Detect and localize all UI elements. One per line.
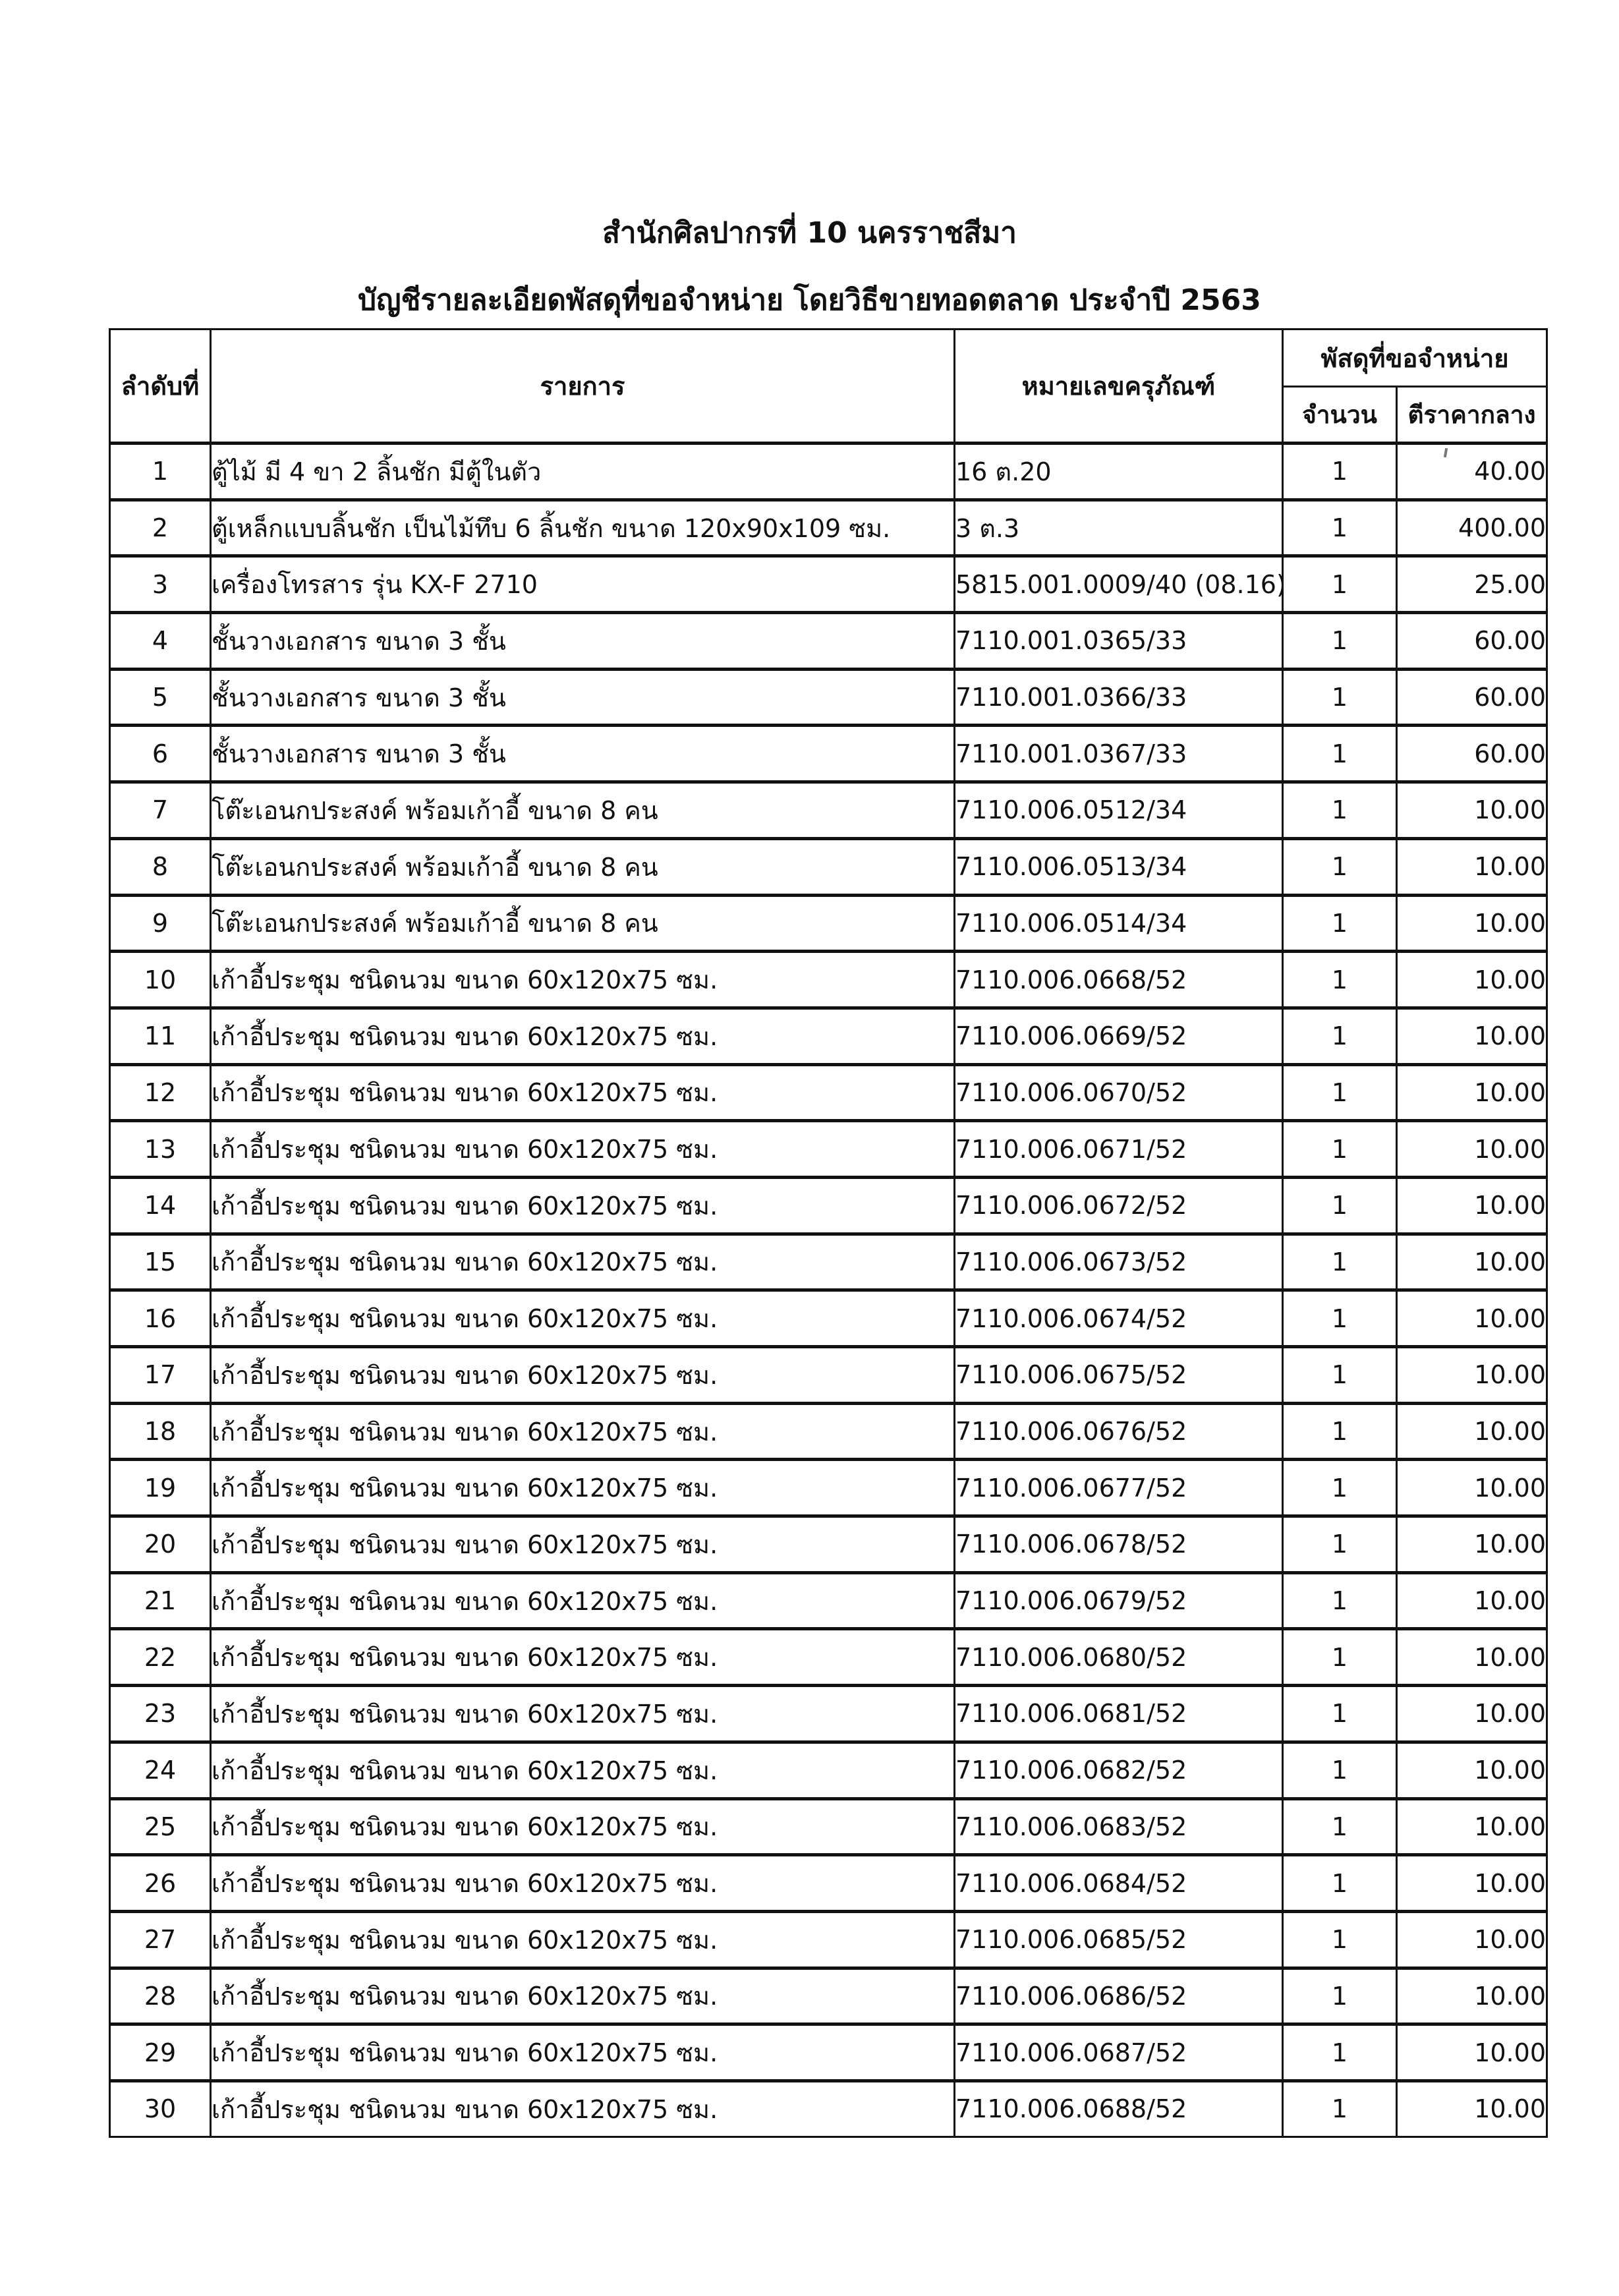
- document-title-office: สำนักศิลปากรที่ 10 นครราชสีมา: [0, 210, 1619, 256]
- table-row: 5ชั้นวางเอกสาร ขนาด 3 ชั้น7110.001.0366/…: [110, 669, 1547, 726]
- reference-price: 10.00: [1397, 1798, 1547, 1855]
- item-description: ชั้นวางเอกสาร ขนาด 3 ชั้น: [211, 726, 955, 782]
- table-row: 16เก้าอี้ประชุม ชนิดนวม ขนาด 60x120x75 ซ…: [110, 1290, 1547, 1347]
- item-description: เก้าอี้ประชุม ชนิดนวม ขนาด 60x120x75 ซม.: [211, 1629, 955, 1686]
- table-row: 2ตู้เหล็กแบบลิ้นชัก เป็นไม้ทึบ 6 ลิ้นชัก…: [110, 500, 1547, 556]
- asset-code: 7110.006.0513/34: [955, 838, 1283, 895]
- quantity: 1: [1283, 838, 1397, 895]
- reference-price: 60.00: [1397, 613, 1547, 670]
- table-row: 4ชั้นวางเอกสาร ขนาด 3 ชั้น7110.001.0365/…: [110, 613, 1547, 670]
- quantity: 1: [1283, 1911, 1397, 1968]
- item-description: เก้าอี้ประชุม ชนิดนวม ขนาด 60x120x75 ซม.: [211, 1234, 955, 1290]
- row-number: 22: [110, 1629, 211, 1686]
- item-description: เก้าอี้ประชุม ชนิดนวม ขนาด 60x120x75 ซม.: [211, 952, 955, 1008]
- row-number: 11: [110, 1008, 211, 1064]
- reference-price: 10.00: [1397, 838, 1547, 895]
- asset-code: 7110.006.0670/52: [955, 1064, 1283, 1121]
- row-number: 2: [110, 500, 211, 556]
- row-number: 9: [110, 895, 211, 952]
- table-row: 18เก้าอี้ประชุม ชนิดนวม ขนาด 60x120x75 ซ…: [110, 1403, 1547, 1460]
- reference-price: 10.00: [1397, 1403, 1547, 1460]
- item-description: เก้าอี้ประชุม ชนิดนวม ขนาด 60x120x75 ซม.: [211, 1347, 955, 1404]
- table-row: 8โต๊ะเอนกประสงค์ พร้อมเก้าอี้ ขนาด 8 คน7…: [110, 838, 1547, 895]
- asset-code: 7110.006.0682/52: [955, 1742, 1283, 1798]
- table-row: 24เก้าอี้ประชุม ชนิดนวม ขนาด 60x120x75 ซ…: [110, 1742, 1547, 1798]
- quantity: 1: [1283, 2081, 1397, 2137]
- asset-code: 7110.006.0512/34: [955, 782, 1283, 839]
- row-number: 14: [110, 1177, 211, 1234]
- quantity: 1: [1283, 1516, 1397, 1573]
- item-description: เก้าอี้ประชุม ชนิดนวม ขนาด 60x120x75 ซม.: [211, 1516, 955, 1573]
- quantity: 1: [1283, 444, 1397, 500]
- table-row: 9โต๊ะเอนกประสงค์ พร้อมเก้าอี้ ขนาด 8 คน7…: [110, 895, 1547, 952]
- asset-code: 7110.006.0679/52: [955, 1572, 1283, 1629]
- reference-price: 10.00: [1397, 1629, 1547, 1686]
- item-description: เก้าอี้ประชุม ชนิดนวม ขนาด 60x120x75 ซม.: [211, 1121, 955, 1178]
- disposal-items-table: ลำดับที่ รายการ หมายเลขครุภัณฑ์ พัสดุที่…: [109, 328, 1548, 2138]
- row-number: 4: [110, 613, 211, 670]
- item-description: เก้าอี้ประชุม ชนิดนวม ขนาด 60x120x75 ซม.: [211, 1008, 955, 1064]
- table-row: 19เก้าอี้ประชุม ชนิดนวม ขนาด 60x120x75 ซ…: [110, 1460, 1547, 1516]
- reference-price: 10.00: [1397, 1516, 1547, 1573]
- asset-code: 7110.006.0675/52: [955, 1347, 1283, 1404]
- quantity: 1: [1283, 1347, 1397, 1404]
- quantity: 1: [1283, 1177, 1397, 1234]
- table-row: 20เก้าอี้ประชุม ชนิดนวม ขนาด 60x120x75 ซ…: [110, 1516, 1547, 1573]
- item-description: เก้าอี้ประชุม ชนิดนวม ขนาด 60x120x75 ซม.: [211, 2024, 955, 2081]
- reference-price: 60.00: [1397, 669, 1547, 726]
- row-number: 28: [110, 1968, 211, 2024]
- table-row: 14เก้าอี้ประชุม ชนิดนวม ขนาด 60x120x75 ซ…: [110, 1177, 1547, 1234]
- item-description: เก้าอี้ประชุม ชนิดนวม ขนาด 60x120x75 ซม.: [211, 1911, 955, 1968]
- row-number: 16: [110, 1290, 211, 1347]
- table-row: 10เก้าอี้ประชุม ชนิดนวม ขนาด 60x120x75 ซ…: [110, 952, 1547, 1008]
- row-number: 29: [110, 2024, 211, 2081]
- item-description: ตู้ไม้ มี 4 ขา 2 ลิ้นชัก มีตู้ในตัว: [211, 444, 955, 500]
- item-description: เครื่องโทรสาร รุ่น KX-F 2710: [211, 556, 955, 613]
- reference-price: 25.00: [1397, 556, 1547, 613]
- item-description: เก้าอี้ประชุม ชนิดนวม ขนาด 60x120x75 ซม.: [211, 1064, 955, 1121]
- row-number: 25: [110, 1798, 211, 1855]
- asset-code: 7110.006.0671/52: [955, 1121, 1283, 1178]
- asset-code: 7110.006.0684/52: [955, 1855, 1283, 1912]
- reference-price: 10.00: [1397, 1234, 1547, 1290]
- table-row: 22เก้าอี้ประชุม ชนิดนวม ขนาด 60x120x75 ซ…: [110, 1629, 1547, 1686]
- row-number: 3: [110, 556, 211, 613]
- quantity: 1: [1283, 1572, 1397, 1629]
- quantity: 1: [1283, 1742, 1397, 1798]
- item-description: เก้าอี้ประชุม ชนิดนวม ขนาด 60x120x75 ซม.: [211, 1798, 955, 1855]
- table-row: 23เก้าอี้ประชุม ชนิดนวม ขนาด 60x120x75 ซ…: [110, 1686, 1547, 1742]
- asset-code: 7110.006.0688/52: [955, 2081, 1283, 2137]
- quantity: 1: [1283, 556, 1397, 613]
- row-number: 6: [110, 726, 211, 782]
- item-description: เก้าอี้ประชุม ชนิดนวม ขนาด 60x120x75 ซม.: [211, 1290, 955, 1347]
- table-row: 6ชั้นวางเอกสาร ขนาด 3 ชั้น7110.001.0367/…: [110, 726, 1547, 782]
- row-number: 23: [110, 1686, 211, 1742]
- row-number: 26: [110, 1855, 211, 1912]
- table-row: 27เก้าอี้ประชุม ชนิดนวม ขนาด 60x120x75 ซ…: [110, 1911, 1547, 1968]
- reference-price: 400.00: [1397, 500, 1547, 556]
- header-reference-price: ตีราคากลาง: [1397, 387, 1547, 444]
- item-description: เก้าอี้ประชุม ชนิดนวม ขนาด 60x120x75 ซม.: [211, 1742, 955, 1798]
- asset-code: 7110.001.0367/33: [955, 726, 1283, 782]
- table-row: 13เก้าอี้ประชุม ชนิดนวม ขนาด 60x120x75 ซ…: [110, 1121, 1547, 1178]
- quantity: 1: [1283, 782, 1397, 839]
- row-number: 1: [110, 444, 211, 500]
- quantity: 1: [1283, 1629, 1397, 1686]
- reference-price: 10.00: [1397, 952, 1547, 1008]
- asset-code: 7110.006.0680/52: [955, 1629, 1283, 1686]
- quantity: 1: [1283, 1798, 1397, 1855]
- item-description: เก้าอี้ประชุม ชนิดนวม ขนาด 60x120x75 ซม.: [211, 1177, 955, 1234]
- reference-price: 10.00: [1397, 1064, 1547, 1121]
- asset-code: 7110.006.0681/52: [955, 1686, 1283, 1742]
- header-asset-code: หมายเลขครุภัณฑ์: [955, 330, 1283, 444]
- row-number: 19: [110, 1460, 211, 1516]
- asset-code: 7110.001.0365/33: [955, 613, 1283, 670]
- quantity: 1: [1283, 1064, 1397, 1121]
- quantity: 1: [1283, 1234, 1397, 1290]
- row-number: 17: [110, 1347, 211, 1404]
- quantity: 1: [1283, 1290, 1397, 1347]
- table-row: 26เก้าอี้ประชุม ชนิดนวม ขนาด 60x120x75 ซ…: [110, 1855, 1547, 1912]
- asset-code: 7110.006.0678/52: [955, 1516, 1283, 1573]
- row-number: 27: [110, 1911, 211, 1968]
- asset-code: 7110.006.0676/52: [955, 1403, 1283, 1460]
- quantity: 1: [1283, 726, 1397, 782]
- quantity: 1: [1283, 952, 1397, 1008]
- asset-code: 7110.006.0674/52: [955, 1290, 1283, 1347]
- table-row: 28เก้าอี้ประชุม ชนิดนวม ขนาด 60x120x75 ซ…: [110, 1968, 1547, 2024]
- reference-price: 10.00: [1397, 1911, 1547, 1968]
- asset-code: 3 ต.3: [955, 500, 1283, 556]
- asset-code: 7110.006.0672/52: [955, 1177, 1283, 1234]
- quantity: 1: [1283, 613, 1397, 670]
- reference-price: 60.00: [1397, 726, 1547, 782]
- row-number: 20: [110, 1516, 211, 1573]
- item-description: ชั้นวางเอกสาร ขนาด 3 ชั้น: [211, 613, 955, 670]
- reference-price: 10.00: [1397, 1008, 1547, 1064]
- table-row: 29เก้าอี้ประชุม ชนิดนวม ขนาด 60x120x75 ซ…: [110, 2024, 1547, 2081]
- table-row: 25เก้าอี้ประชุม ชนิดนวม ขนาด 60x120x75 ซ…: [110, 1798, 1547, 1855]
- table-row: 30เก้าอี้ประชุม ชนิดนวม ขนาด 60x120x75 ซ…: [110, 2081, 1547, 2137]
- row-number: 8: [110, 838, 211, 895]
- row-number: 5: [110, 669, 211, 726]
- quantity: 1: [1283, 1460, 1397, 1516]
- reference-price: 10.00: [1397, 1121, 1547, 1178]
- row-number: 7: [110, 782, 211, 839]
- quantity: 1: [1283, 669, 1397, 726]
- reference-price: 10.00: [1397, 1968, 1547, 2024]
- table-row: 11เก้าอี้ประชุม ชนิดนวม ขนาด 60x120x75 ซ…: [110, 1008, 1547, 1064]
- row-number: 10: [110, 952, 211, 1008]
- table-row: 3เครื่องโทรสาร รุ่น KX-F 27105815.001.00…: [110, 556, 1547, 613]
- item-description: เก้าอี้ประชุม ชนิดนวม ขนาด 60x120x75 ซม.: [211, 1855, 955, 1912]
- reference-price: 10.00: [1397, 2081, 1547, 2137]
- reference-price: 10.00: [1397, 1572, 1547, 1629]
- document-title-list: บัญชีรายละเอียดพัสดุที่ขอจำหน่าย โดยวิธี…: [0, 277, 1619, 323]
- table-row: 17เก้าอี้ประชุม ชนิดนวม ขนาด 60x120x75 ซ…: [110, 1347, 1547, 1404]
- asset-code: 7110.001.0366/33: [955, 669, 1283, 726]
- asset-code: 7110.006.0686/52: [955, 1968, 1283, 2024]
- asset-code: 5815.001.0009/40 (08.16): [955, 556, 1283, 613]
- item-description: เก้าอี้ประชุม ชนิดนวม ขนาด 60x120x75 ซม.: [211, 1968, 955, 2024]
- quantity: 1: [1283, 1403, 1397, 1460]
- table-row: 12เก้าอี้ประชุม ชนิดนวม ขนาด 60x120x75 ซ…: [110, 1064, 1547, 1121]
- asset-code: 7110.006.0687/52: [955, 2024, 1283, 2081]
- table-row: 7โต๊ะเอนกประสงค์ พร้อมเก้าอี้ ขนาด 8 คน7…: [110, 782, 1547, 839]
- row-number: 21: [110, 1572, 211, 1629]
- item-description: ตู้เหล็กแบบลิ้นชัก เป็นไม้ทึบ 6 ลิ้นชัก …: [211, 500, 955, 556]
- reference-price: 10.00: [1397, 782, 1547, 839]
- asset-code: 7110.006.0673/52: [955, 1234, 1283, 1290]
- item-description: ชั้นวางเอกสาร ขนาด 3 ชั้น: [211, 669, 955, 726]
- item-description: เก้าอี้ประชุม ชนิดนวม ขนาด 60x120x75 ซม.: [211, 1572, 955, 1629]
- reference-price: 10.00: [1397, 2024, 1547, 2081]
- quantity: 1: [1283, 1855, 1397, 1912]
- reference-price: 10.00: [1397, 1686, 1547, 1742]
- item-description: โต๊ะเอนกประสงค์ พร้อมเก้าอี้ ขนาด 8 คน: [211, 838, 955, 895]
- reference-price: 10.00: [1397, 1460, 1547, 1516]
- reference-price: 10.00: [1397, 895, 1547, 952]
- item-description: เก้าอี้ประชุม ชนิดนวม ขนาด 60x120x75 ซม.: [211, 2081, 955, 2137]
- item-description: เก้าอี้ประชุม ชนิดนวม ขนาด 60x120x75 ซม.: [211, 1686, 955, 1742]
- row-number: 24: [110, 1742, 211, 1798]
- item-description: เก้าอี้ประชุม ชนิดนวม ขนาด 60x120x75 ซม.: [211, 1403, 955, 1460]
- reference-price: 10.00: [1397, 1347, 1547, 1404]
- table-row: 21เก้าอี้ประชุม ชนิดนวม ขนาด 60x120x75 ซ…: [110, 1572, 1547, 1629]
- asset-code: 7110.006.0685/52: [955, 1911, 1283, 1968]
- reference-price: 10.00: [1397, 1177, 1547, 1234]
- header-no: ลำดับที่: [110, 330, 211, 444]
- item-description: โต๊ะเอนกประสงค์ พร้อมเก้าอี้ ขนาด 8 คน: [211, 895, 955, 952]
- row-number: 15: [110, 1234, 211, 1290]
- item-description: เก้าอี้ประชุม ชนิดนวม ขนาด 60x120x75 ซม.: [211, 1460, 955, 1516]
- header-quantity: จำนวน: [1283, 387, 1397, 444]
- quantity: 1: [1283, 1968, 1397, 2024]
- row-number: 12: [110, 1064, 211, 1121]
- asset-code: 7110.006.0683/52: [955, 1798, 1283, 1855]
- asset-code: 7110.006.0514/34: [955, 895, 1283, 952]
- reference-price: 10.00: [1397, 1855, 1547, 1912]
- reference-price: 40.00: [1397, 444, 1547, 500]
- row-number: 30: [110, 2081, 211, 2137]
- asset-code: 7110.006.0668/52: [955, 952, 1283, 1008]
- reference-price: 10.00: [1397, 1742, 1547, 1798]
- quantity: 1: [1283, 2024, 1397, 2081]
- header-item: รายการ: [211, 330, 955, 444]
- table-body: 1ตู้ไม้ มี 4 ขา 2 ลิ้นชัก มีตู้ในตัว16 ต…: [110, 444, 1547, 2137]
- item-description: โต๊ะเอนกประสงค์ พร้อมเก้าอี้ ขนาด 8 คน: [211, 782, 955, 839]
- table-row: 15เก้าอี้ประชุม ชนิดนวม ขนาด 60x120x75 ซ…: [110, 1234, 1547, 1290]
- row-number: 18: [110, 1403, 211, 1460]
- quantity: 1: [1283, 895, 1397, 952]
- quantity: 1: [1283, 500, 1397, 556]
- header-disposal-group: พัสดุที่ขอจำหน่าย: [1283, 330, 1547, 387]
- asset-code: 16 ต.20: [955, 444, 1283, 500]
- row-number: 13: [110, 1121, 211, 1178]
- reference-price: 10.00: [1397, 1290, 1547, 1347]
- quantity: 1: [1283, 1121, 1397, 1178]
- table-row: 1ตู้ไม้ มี 4 ขา 2 ลิ้นชัก มีตู้ในตัว16 ต…: [110, 444, 1547, 500]
- asset-code: 7110.006.0669/52: [955, 1008, 1283, 1064]
- quantity: 1: [1283, 1008, 1397, 1064]
- quantity: 1: [1283, 1686, 1397, 1742]
- asset-code: 7110.006.0677/52: [955, 1460, 1283, 1516]
